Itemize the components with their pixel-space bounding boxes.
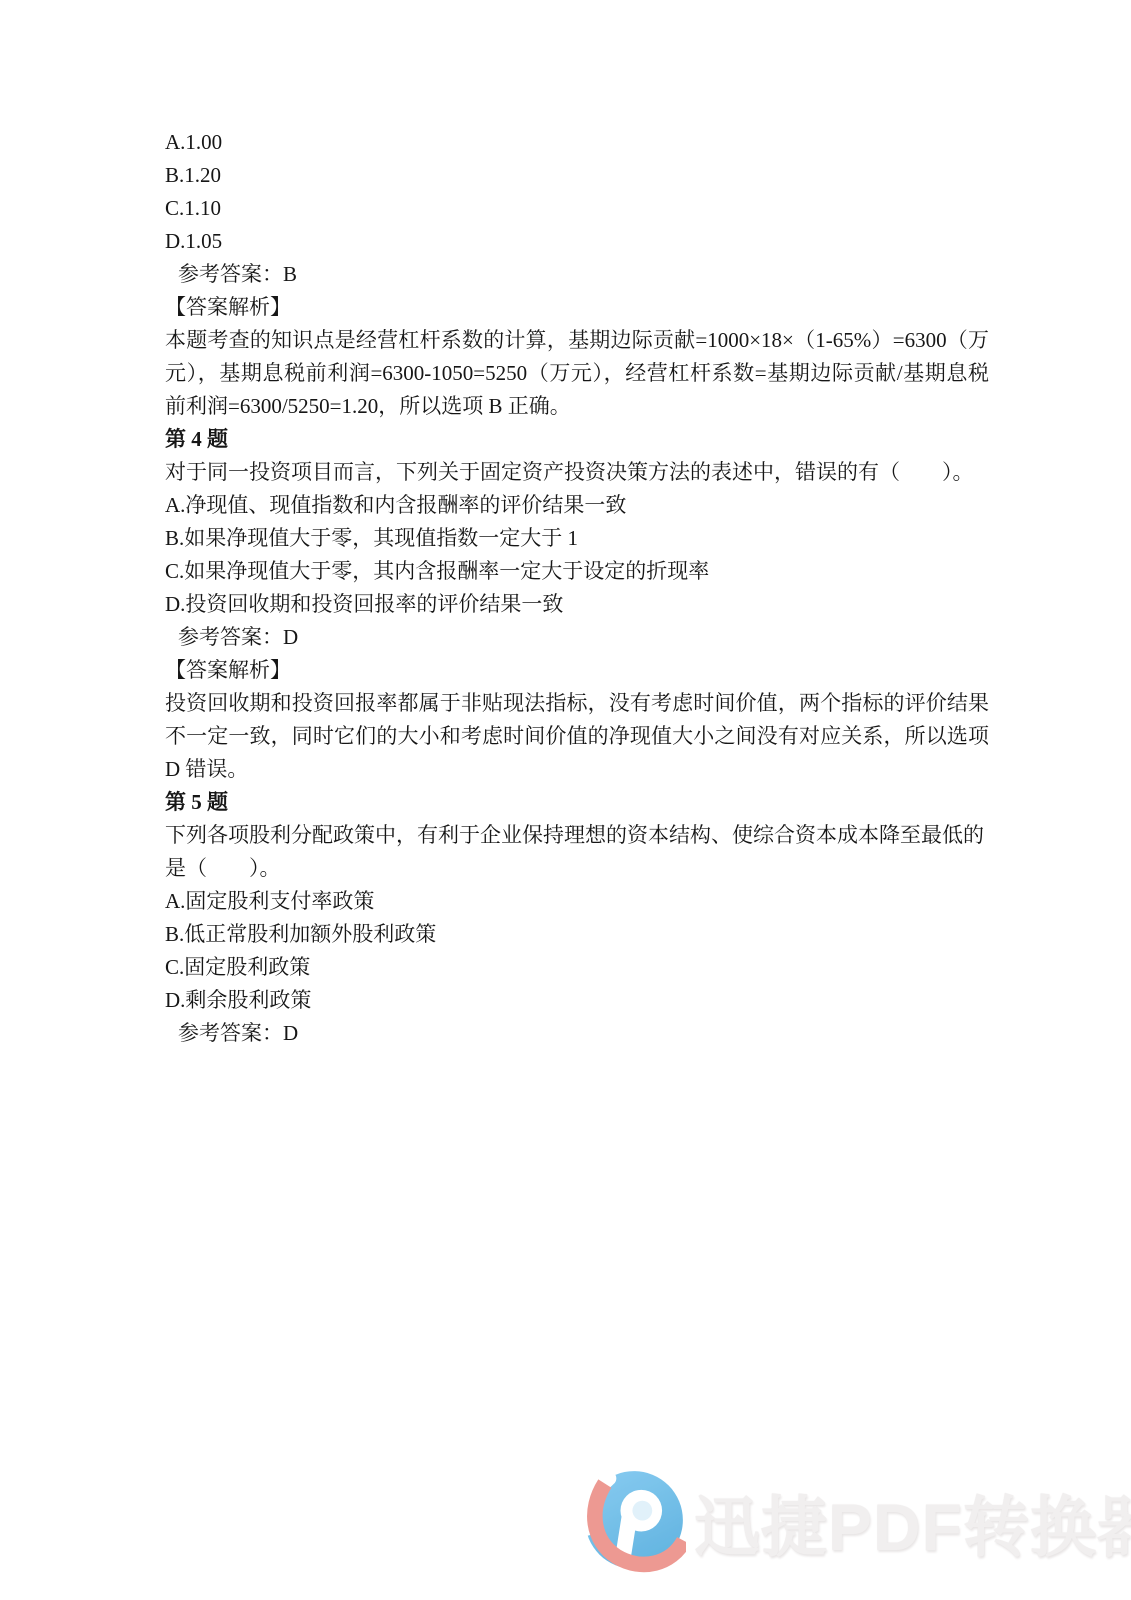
q5-number: 第 5 题 — [165, 786, 989, 819]
q3-reference-answer: 参考答案：B — [165, 258, 989, 291]
q3-analysis-header: 【答案解析】 — [165, 291, 989, 324]
q4-number: 第 4 题 — [165, 423, 989, 456]
q5-option-d: D.剩余股利政策 — [165, 984, 989, 1017]
q4-analysis-header: 【答案解析】 — [165, 654, 989, 687]
q3-option-c: C.1.10 — [165, 192, 989, 225]
q3-option-a: A.1.00 — [165, 126, 989, 159]
watermark-text: 迅捷PDF转换器 — [694, 1494, 1131, 1560]
watermark: 迅捷PDF转换器 — [582, 1466, 1131, 1574]
q3-analysis-text: 本题考查的知识点是经营杠杆系数的计算，基期边际贡献=1000×18×（1-65%… — [165, 324, 989, 423]
document-page: A.1.00 B.1.20 C.1.10 D.1.05 参考答案：B 【答案解析… — [0, 0, 1131, 1600]
q4-analysis-text: 投资回收期和投资回报率都属于非贴现法指标，没有考虑时间价值，两个指标的评价结果不… — [165, 687, 989, 786]
q4-reference-answer: 参考答案：D — [165, 621, 989, 654]
q5-option-a: A.固定股利支付率政策 — [165, 885, 989, 918]
document-content: A.1.00 B.1.20 C.1.10 D.1.05 参考答案：B 【答案解析… — [165, 126, 989, 1050]
pdf-converter-logo-icon — [582, 1466, 686, 1574]
q4-option-c: C.如果净现值大于零，其内含报酬率一定大于设定的折现率 — [165, 555, 989, 588]
q4-option-d: D.投资回收期和投资回报率的评价结果一致 — [165, 588, 989, 621]
q3-option-b: B.1.20 — [165, 159, 989, 192]
q4-option-a: A.净现值、现值指数和内含报酬率的评价结果一致 — [165, 489, 989, 522]
q5-reference-answer: 参考答案：D — [165, 1017, 989, 1050]
q5-stem: 下列各项股利分配政策中，有利于企业保持理想的资本结构、使综合资本成本降至最低的是… — [165, 819, 989, 885]
q4-option-b: B.如果净现值大于零，其现值指数一定大于 1 — [165, 522, 989, 555]
q5-option-c: C.固定股利政策 — [165, 951, 989, 984]
q5-option-b: B.低正常股利加额外股利政策 — [165, 918, 989, 951]
q3-option-d: D.1.05 — [165, 225, 989, 258]
q4-stem: 对于同一投资项目而言，下列关于固定资产投资决策方法的表述中，错误的有（ ）。 — [165, 456, 989, 489]
